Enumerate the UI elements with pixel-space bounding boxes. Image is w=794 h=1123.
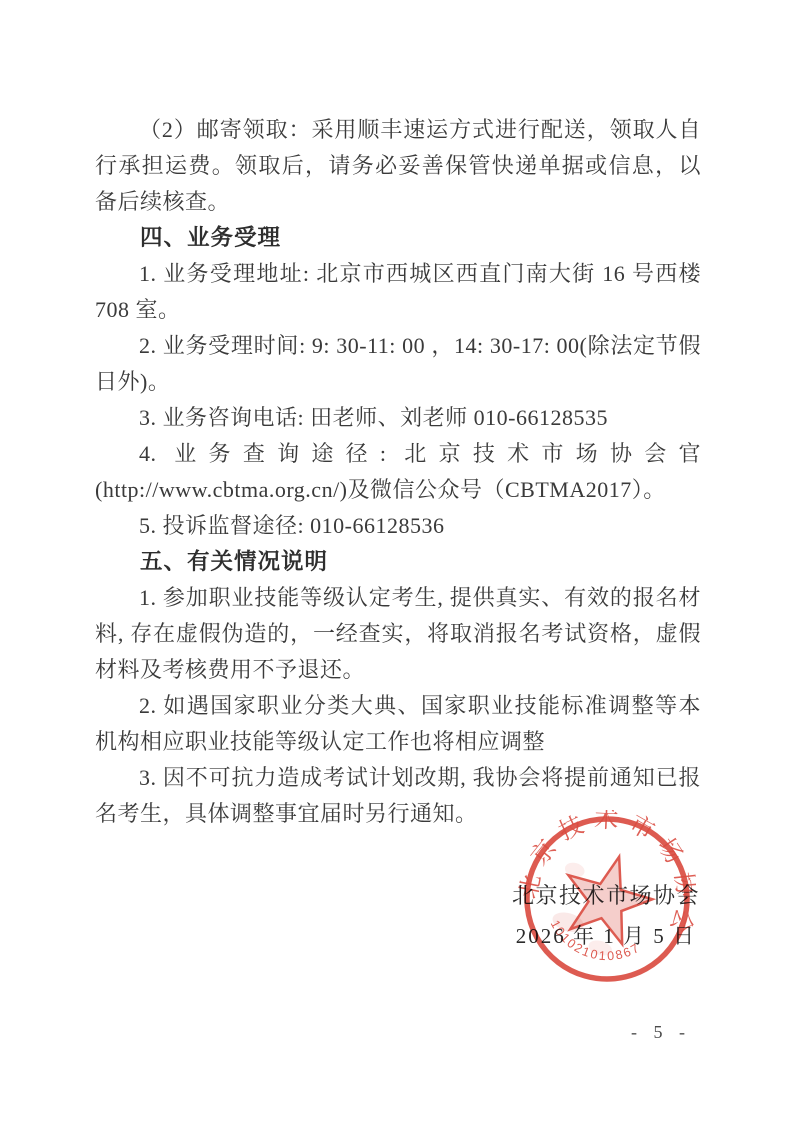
page-number: - 5 - xyxy=(616,1022,706,1043)
paragraph-mailing-pickup: （2）邮寄领取：采用顺丰速运方式进行配送，领取人自行承担运费。领取后，请务必妥善… xyxy=(95,112,701,220)
document-page: （2）邮寄领取：采用顺丰速运方式进行配送，领取人自行承担运费。领取后，请务必妥善… xyxy=(0,0,794,1123)
official-seal-stamp: 北京技术市场协会 11010210108674 xyxy=(518,810,696,988)
document-body: （2）邮寄领取：采用顺丰速运方式进行配送，领取人自行承担运费。领取后，请务必妥善… xyxy=(95,112,701,832)
section-heading-remarks: 五、有关情况说明 xyxy=(95,544,701,580)
remark-standard-adjustment: 2. 如遇国家职业分类大典、国家职业技能标准调整等本机构相应职业技能等级认定工作… xyxy=(95,688,701,760)
item-acceptance-address: 1. 业务受理地址: 北京市西城区西直门南大街 16 号西楼 708 室。 xyxy=(95,256,701,328)
item-query-channel: 4. 业务查询途径: 北京技术市场协会官(http://www.cbtma.or… xyxy=(95,436,701,508)
item-acceptance-hours: 2. 业务受理时间: 9: 30-11: 00 ，14: 30-17: 00(除… xyxy=(95,328,701,400)
item-consult-phone: 3. 业务咨询电话: 田老师、刘老师 010-66128535 xyxy=(95,400,701,436)
item-complaint-channel: 5. 投诉监督途径: 010-66128536 xyxy=(95,508,701,544)
remark-authentic-materials: 1. 参加职业技能等级认定考生, 提供真实、有效的报名材料, 存在虚假伪造的，一… xyxy=(95,580,701,688)
seal-star-icon xyxy=(554,845,661,949)
section-heading-business-acceptance: 四、业务受理 xyxy=(95,220,701,256)
